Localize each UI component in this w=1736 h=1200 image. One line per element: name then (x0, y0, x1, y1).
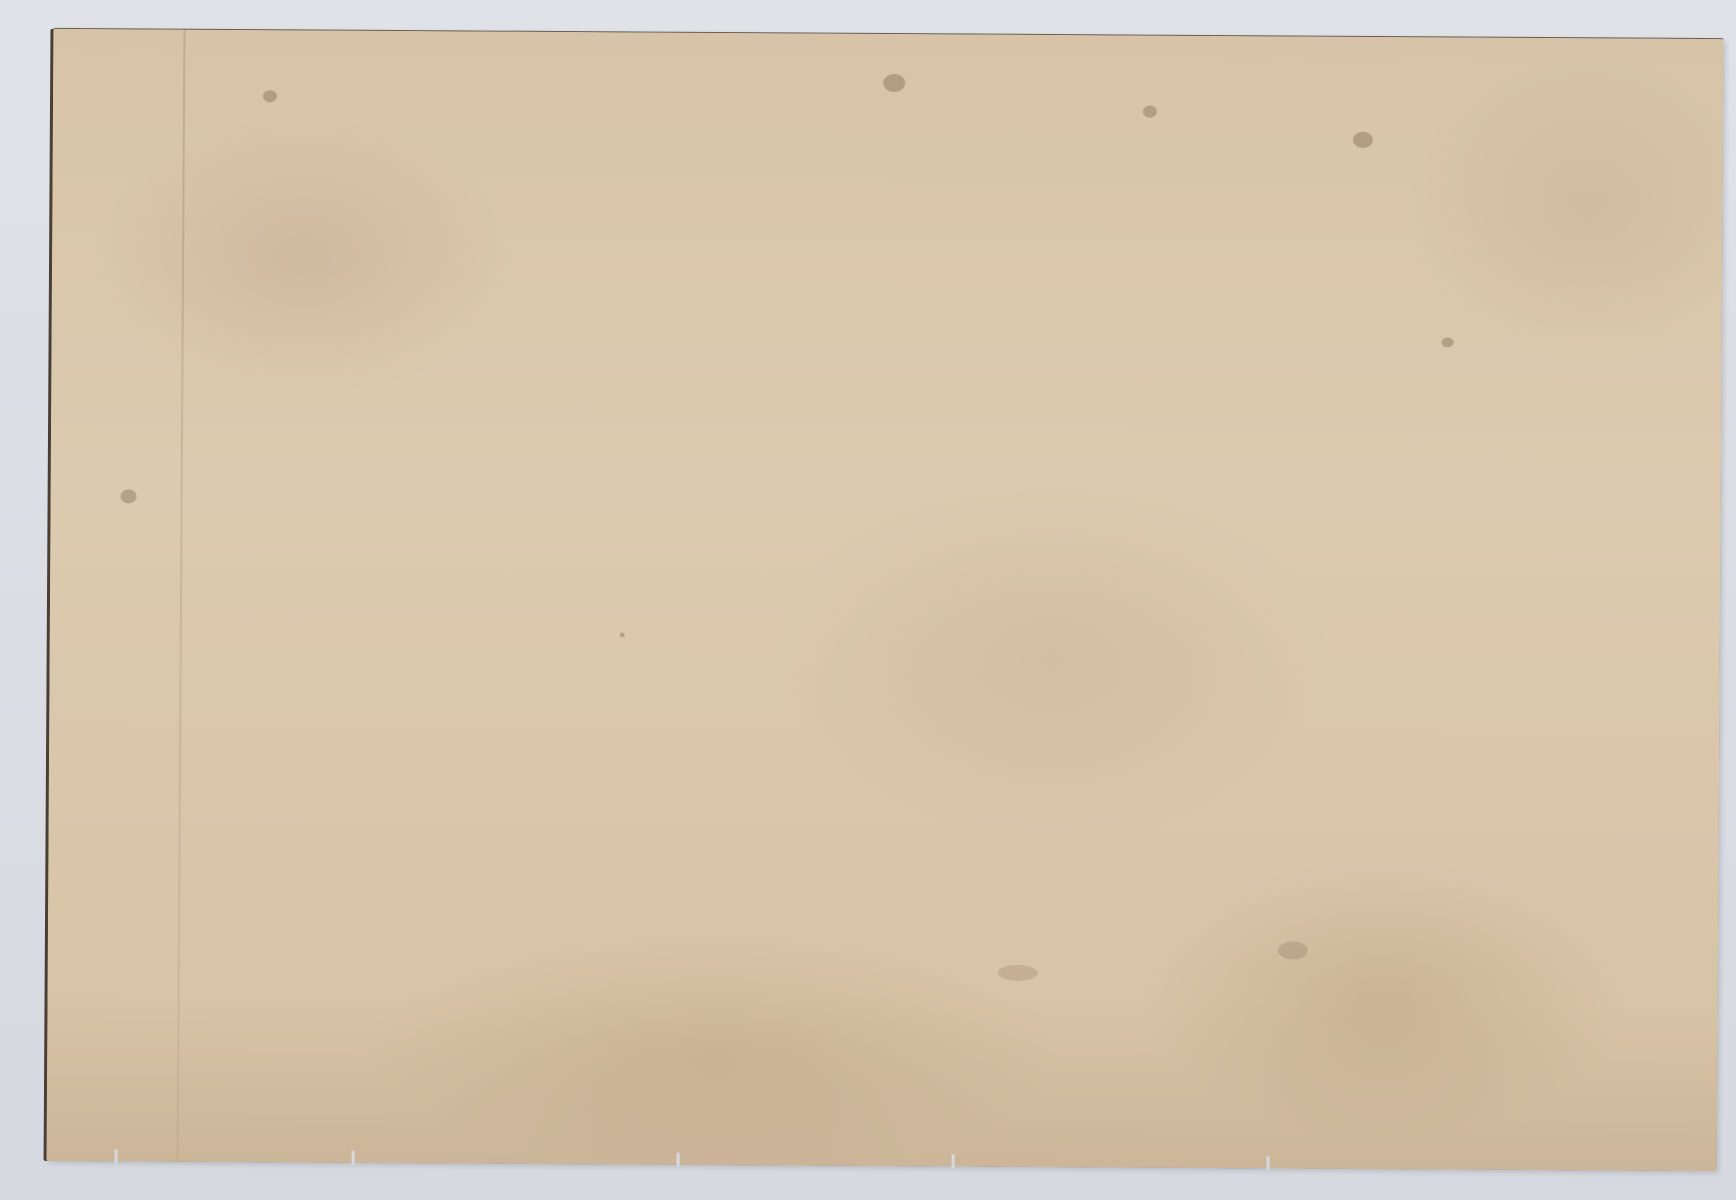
foxing-spot (1353, 132, 1373, 148)
edge-tear (677, 1153, 680, 1167)
plate-mark-line (177, 30, 186, 1162)
edge-tear (1267, 1156, 1270, 1170)
foxing-spot (121, 489, 137, 503)
foxing-spot (1143, 106, 1157, 118)
foxing-spot (883, 74, 905, 92)
foxing-spot (620, 632, 625, 637)
foxing-spot (998, 965, 1038, 981)
edge-tear (352, 1151, 355, 1165)
foxing-spot (263, 90, 277, 102)
edge-tear (952, 1154, 955, 1168)
edge-tear (115, 1149, 118, 1163)
aged-paper-sheet (47, 29, 1724, 1171)
foxing-spot (1442, 337, 1454, 347)
foxing-spot (1278, 941, 1308, 959)
